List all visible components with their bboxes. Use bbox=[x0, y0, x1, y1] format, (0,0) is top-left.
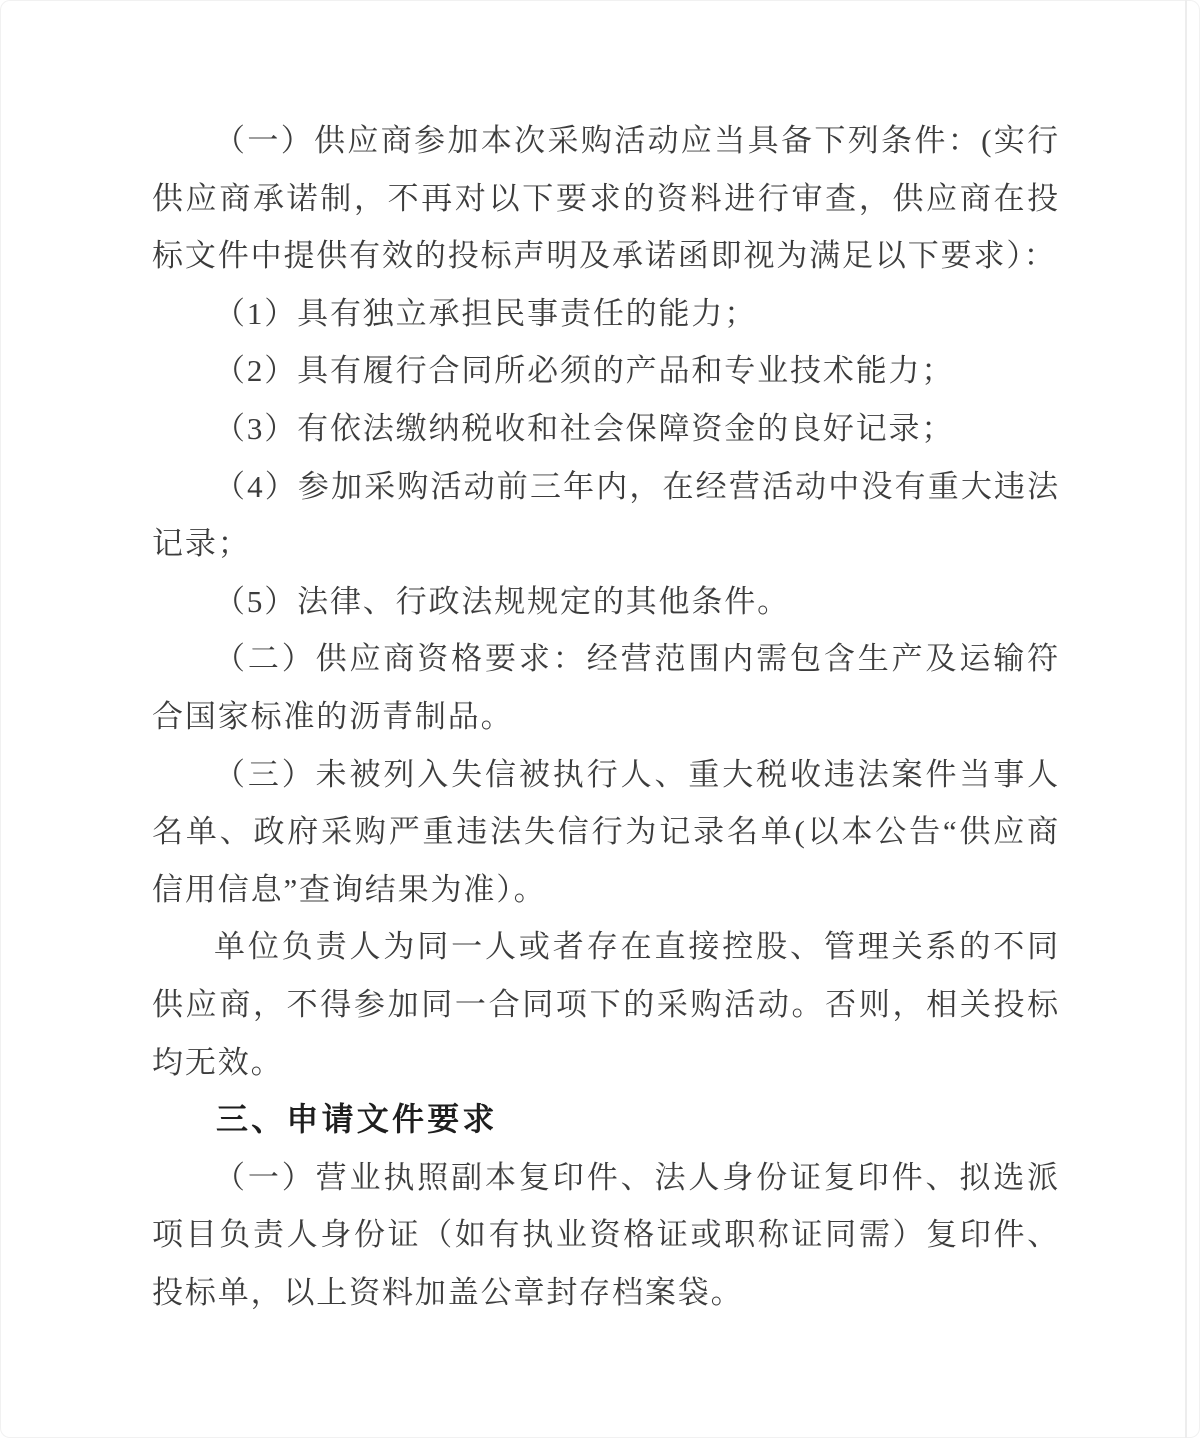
paragraph-application-documents-1: （一）营业执照副本复印件、法人身份证复印件、拟选派项目负责人身份证（如有执业资格… bbox=[152, 1149, 1060, 1322]
paragraph-condition-2: （2）具有履行合同所必须的产品和专业技术能力； bbox=[152, 342, 1060, 400]
scan-edge-line bbox=[1185, 0, 1187, 1438]
document-text-body: （一）供应商参加本次采购活动应当具备下列条件：(实行供应商承诺制，不再对以下要求… bbox=[152, 112, 1060, 1321]
paragraph-same-responsible-person: 单位负责人为同一人或者存在直接控股、管理关系的不同供应商，不得参加同一合同项下的… bbox=[152, 918, 1060, 1091]
paragraph-condition-3: （3）有依法缴纳税收和社会保障资金的良好记录； bbox=[152, 400, 1060, 458]
paragraph-condition-1: （1）具有独立承担民事责任的能力； bbox=[152, 285, 1060, 343]
paragraph-condition-4: （4）参加采购活动前三年内，在经营活动中没有重大违法记录； bbox=[152, 458, 1060, 573]
paragraph-supplier-conditions-intro: （一）供应商参加本次采购活动应当具备下列条件：(实行供应商承诺制，不再对以下要求… bbox=[152, 112, 1060, 285]
paragraph-credit-blacklist: （三）未被列入失信被执行人、重大税收违法案件当事人名单、政府采购严重违法失信行为… bbox=[152, 746, 1060, 919]
paragraph-supplier-qualification: （二）供应商资格要求：经营范围内需包含生产及运输符合国家标准的沥青制品。 bbox=[152, 630, 1060, 745]
paragraph-condition-5: （5）法律、行政法规规定的其他条件。 bbox=[152, 573, 1060, 631]
document-page: （一）供应商参加本次采购活动应当具备下列条件：(实行供应商承诺制，不再对以下要求… bbox=[0, 0, 1200, 1438]
section-heading-application-documents: 三、申请文件要求 bbox=[152, 1091, 1060, 1149]
